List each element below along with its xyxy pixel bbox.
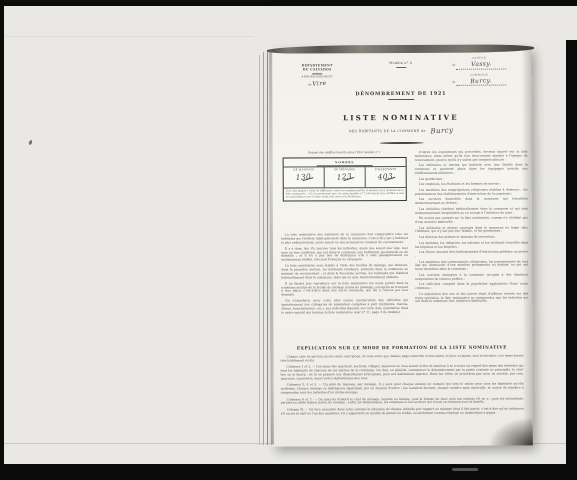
recap-note: Il ne doit jamais y avoir de différence … xyxy=(284,186,406,200)
scan-edge-right xyxy=(566,40,577,466)
paragraph: Ne seront pas compris sur la liste nomin… xyxy=(415,217,528,225)
paragraph: Les gendarmes ; xyxy=(415,177,528,181)
paragraph: Les malades, les indigents, les infirmes… xyxy=(415,241,528,249)
recap-table: NOMBRE DE MAISONS 130 DE MÉNAGES 123 D'H… xyxy=(283,157,407,202)
paragraph: Les élèves internes des établissements d… xyxy=(415,251,528,259)
paragraph: Colonne N. — On fera connaître dans cett… xyxy=(281,407,524,416)
cell-value: 123 xyxy=(325,172,365,187)
explication-body: Chaque case ne portera qu'une seule insc… xyxy=(280,354,523,437)
torn-left-edge xyxy=(269,50,274,445)
explication-heading: EXPLICATION SUR LE MODE DE FORMATION DE … xyxy=(271,344,532,350)
document-page: DÉPARTEMENT DU CALVADOS ARRONDISSEMENT d… xyxy=(270,46,533,446)
recap-col-menages: DE MÉNAGES 123 xyxy=(324,167,365,187)
recap-col-maisons: DE MAISONS 130 xyxy=(284,167,324,187)
commune-label: COMMUNE xyxy=(440,73,518,76)
scan-edge-left xyxy=(0,0,4,480)
page-title: LISTE NOMINATIVE xyxy=(270,112,531,122)
scan-edge-top-shadow xyxy=(0,0,270,2)
commune-value-line: Burcy. xyxy=(456,77,506,86)
booklet-page-edge xyxy=(259,55,260,445)
divider xyxy=(396,66,406,67)
paragraph: Il ne faudra pas reproduire sur la liste… xyxy=(281,282,408,298)
de-label: de xyxy=(308,83,311,86)
canton-value-line: Vassy. xyxy=(456,61,506,70)
commune-handwritten: Burcy. xyxy=(470,77,492,85)
cell-value: 403 xyxy=(366,171,406,186)
scanned-census-page: DÉPARTEMENT DU CALVADOS ARRONDISSEMENT d… xyxy=(0,0,577,480)
paragraph: La liste nominative sera établie à l'aid… xyxy=(281,264,408,280)
paragraph: Les détenus des prisons et maisons de co… xyxy=(415,236,528,240)
paragraph: Les individus résidant habituellement da… xyxy=(415,207,528,215)
paragraph: Les individus comptés dans la population… xyxy=(415,283,528,291)
commune-name-handwritten: Burcy xyxy=(430,126,453,135)
handwritten-number: 130 xyxy=(296,171,312,182)
paragraph: Les ouvriers étrangers à la commune occu… xyxy=(415,273,528,281)
habitants-subtitle: DES HABITANTS DE LA COMMUNE de Burcy xyxy=(270,126,531,135)
recap-col-habitants: D'HABITANTS 403 xyxy=(365,166,406,186)
divider xyxy=(312,73,322,74)
scan-edge-bottom xyxy=(0,464,577,480)
divider xyxy=(388,99,414,100)
paragraph: Les militaires et marins casernés dans l… xyxy=(415,226,528,234)
paragraph: Les militaires et marins qui habitent av… xyxy=(415,164,528,176)
backing-streak xyxy=(4,36,254,37)
handwritten-number: 123 xyxy=(337,171,353,182)
paragraph: Chaque case ne portera qu'une seule insc… xyxy=(280,354,523,363)
arrondissement-field: de Vire xyxy=(284,80,350,87)
ink-speck xyxy=(28,140,33,146)
paragraph: Les ouvriers domiciliés dans la commune … xyxy=(415,198,528,206)
paragraph: Colonnes 3, 4 et 5. — Un pâté de maisons… xyxy=(281,383,524,396)
instructions-right-column: D'après les explications qui précèdent, … xyxy=(415,150,529,338)
habitants-label: DES HABITANTS DE LA COMMUNE de xyxy=(349,129,426,133)
de-label: de xyxy=(452,64,455,67)
paragraph: D'après les explications qui précèdent, … xyxy=(415,150,528,162)
commune-field: de Burcy. xyxy=(440,77,518,86)
paragraph: La population des uns et des autres étan… xyxy=(415,292,528,304)
denombrement-title: DÉNOMBREMENT DE 1921 xyxy=(270,90,531,100)
paragraph: Il y a donc lieu d'y inscrire tous les i… xyxy=(281,247,408,263)
paragraph: On s'attachera, pour cette plus exacte é… xyxy=(281,299,408,315)
de-label: de xyxy=(452,80,455,83)
canton-handwritten: Vassy. xyxy=(471,60,492,68)
paragraph: La liste nominative des habitants de la … xyxy=(281,233,408,245)
paragraph: Les membres des communautés religieuses,… xyxy=(415,260,528,272)
cell-value: 130 xyxy=(284,172,324,187)
torn-top-edge xyxy=(267,44,534,53)
scan-smudge xyxy=(452,468,478,471)
paragraph: Colonnes 6 et 7. — On inscrira d'abord l… xyxy=(281,397,524,406)
instructions-left-column: La liste nominative des habitants de la … xyxy=(281,233,408,340)
recap-grid: DE MAISONS 130 DE MÉNAGES 123 D'HABITANT… xyxy=(284,165,406,187)
paragraph: Les membres des congrégations religieuse… xyxy=(415,188,528,196)
arrondissement-label: ARRONDISSEMENT xyxy=(284,75,350,78)
handwritten-number: 403 xyxy=(378,171,394,182)
arrondissement-handwritten: Vire xyxy=(312,79,327,87)
canton-field: de Vassy. xyxy=(440,60,518,69)
paragraph: Colonnes 1 et 2. — Les noms des quartier… xyxy=(281,365,524,382)
canton-label: CANTON xyxy=(440,56,518,59)
recap-header: NOMBRE xyxy=(284,158,406,164)
booklet-page-edge xyxy=(263,52,264,445)
modele-label: Modèle n° 6 xyxy=(389,61,412,65)
booklet-page-edge xyxy=(267,50,268,445)
recap-caption: Rappel des chiffres inscrits dans l'État… xyxy=(282,150,408,155)
paragraph: Les employés, les étudiants et les femme… xyxy=(415,183,528,187)
ornamental-rule xyxy=(271,141,532,144)
canton-commune-block: CANTON de Vassy. COMMUNE de Burcy. xyxy=(440,56,518,89)
